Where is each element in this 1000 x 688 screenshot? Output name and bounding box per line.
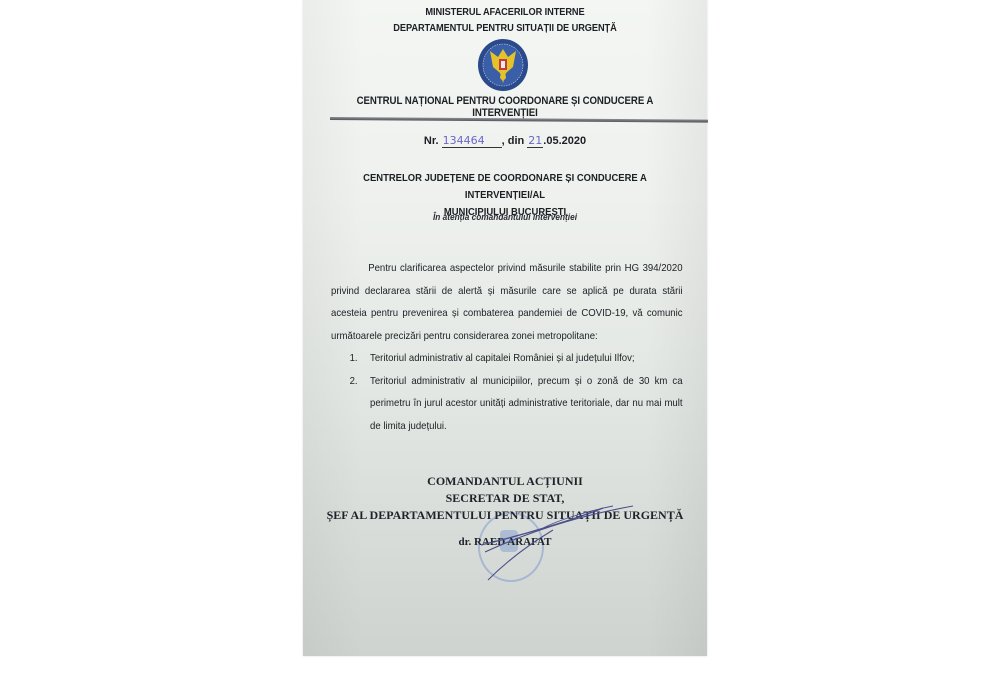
date-label: , din: [502, 135, 525, 147]
date-month-year: .05.2020: [543, 135, 586, 147]
list-item: 1. Teritoriul administrativ al capitalei…: [331, 348, 683, 371]
signatory-name: dr. RAED ARAFAT: [303, 536, 707, 548]
scanned-document-page: MINISTERUL AFACERILOR INTERNE DEPARTAMEN…: [303, 0, 707, 656]
signatory-title-2: SECRETAR DE STAT,: [303, 491, 707, 506]
list-item: 2. Teritoriul administrativ al municipii…: [331, 371, 683, 439]
attention-line: În atenția comandantului intervenției: [319, 212, 691, 222]
document-body: Pentru clarificarea aspectelor privind m…: [331, 258, 683, 438]
recipient-line-1: CENTRELOR JUDEȚENE DE COORDONARE ȘI COND…: [323, 170, 687, 204]
registration-number: 134464: [442, 134, 502, 148]
dsu-coat-of-arms-icon: [476, 37, 530, 93]
signatory-title-1: COMANDANTUL ACȚIUNII: [303, 474, 707, 489]
signatory-title-3: ȘEF AL DEPARTAMENTULUI PENTRU SITUAȚII D…: [303, 508, 707, 523]
date-day: 21: [527, 134, 543, 148]
list-item-text: Teritoriul administrativ al capitalei Ro…: [370, 353, 635, 364]
body-paragraph: Pentru clarificarea aspectelor privind m…: [331, 258, 683, 348]
list-item-number: 2.: [350, 371, 358, 394]
list-item-text: Teritoriul administrativ al municipiilor…: [370, 376, 682, 432]
nr-label: Nr.: [424, 135, 439, 147]
list-item-number: 1.: [350, 348, 358, 371]
department-heading: DEPARTAMENTUL PENTRU SITUAȚII DE URGENȚĂ: [327, 22, 683, 34]
center-heading: CENTRUL NAȚIONAL PENTRU COORDONARE ȘI CO…: [327, 95, 683, 119]
ministry-heading: MINISTERUL AFACERILOR INTERNE: [327, 6, 683, 18]
precision-list: 1. Teritoriul administrativ al capitalei…: [331, 348, 683, 438]
reference-line: Nr. 134464, din 21.05.2020: [303, 134, 707, 148]
